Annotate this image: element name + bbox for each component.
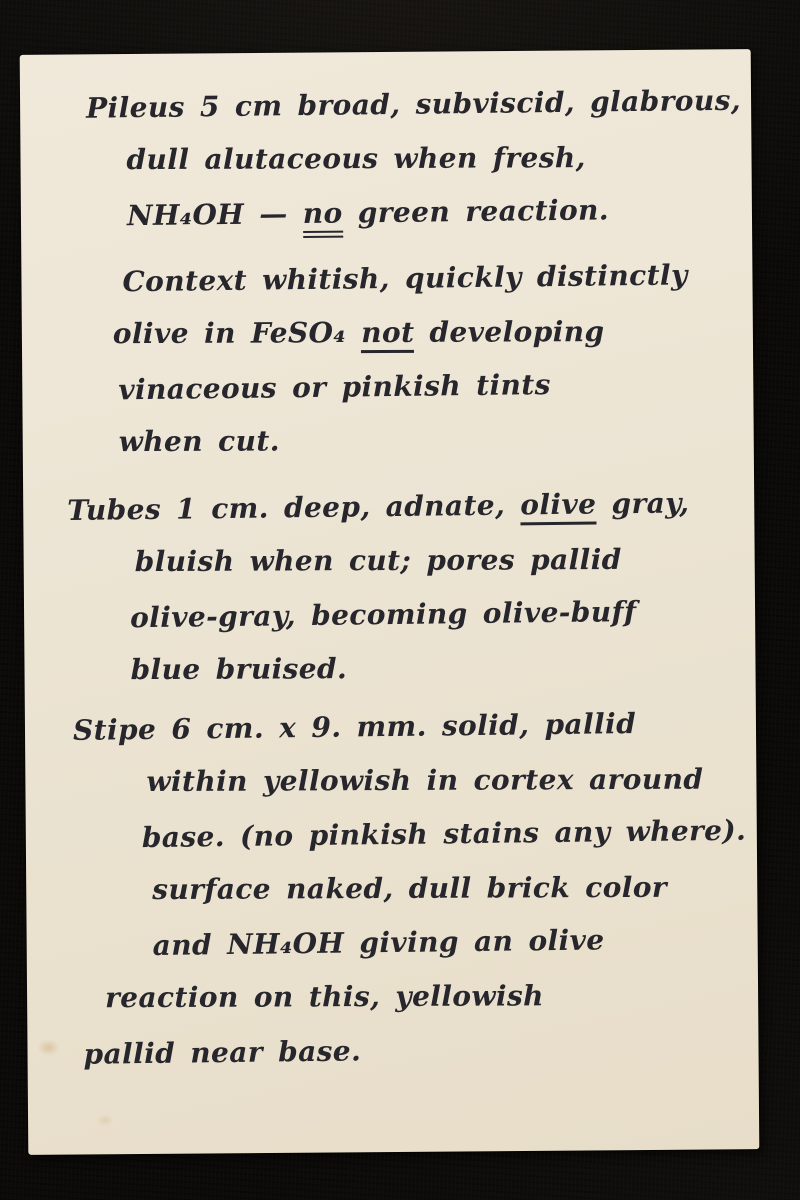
note-line: blue bruised.: [54, 640, 737, 697]
note-line: and NH₄OH giving an olive: [56, 912, 740, 974]
text-segment: Context whitish, quickly distinctly: [122, 258, 688, 298]
text-segment: and NH₄OH giving an olive: [152, 923, 604, 962]
note-card: Pileus 5 cm broad, subviscid, glabrous, …: [20, 49, 760, 1155]
text-segment: Tubes 1 cm. deep, adnate,: [67, 488, 520, 527]
text-segment: base. (no pinkish stains any where).: [142, 814, 747, 854]
note-line: base. (no pinkish stains any where).: [56, 804, 740, 866]
paragraph-stipe: Stipe 6 cm. x 9. mm. solid, pallid withi…: [55, 697, 741, 1080]
note-line: within yellowish in cortex around: [55, 752, 738, 809]
note-line: pallid near base.: [57, 1020, 741, 1082]
handwritten-text: Pileus 5 cm broad, subviscid, glabrous, …: [50, 75, 741, 1080]
text-segment: dull alutaceous when fresh,: [126, 141, 585, 176]
text-segment: within yellowish in cortex around: [146, 763, 703, 798]
paragraph-tubes: Tubes 1 cm. deep, adnate, olive gray, bl…: [53, 477, 738, 698]
text-segment: developing: [414, 315, 604, 349]
text-segment: olive in FeSO₄: [113, 316, 361, 350]
note-line: when cut.: [53, 412, 736, 469]
text-segment: Stipe 6 cm. x 9. mm. solid, pallid: [73, 707, 636, 747]
text-segment: NH₄OH —: [127, 197, 303, 232]
underlined-word: no: [303, 197, 343, 238]
note-line: bluish when cut; pores pallid: [54, 532, 737, 589]
text-segment: olive-gray, becoming olive-buff: [130, 595, 637, 634]
text-segment: bluish when cut; pores pallid: [135, 543, 622, 578]
stain-spot: [94, 1112, 116, 1128]
note-line: olive in FeSO₄ not developing: [52, 304, 735, 361]
text-segment: vinaceous or pinkish tints: [118, 368, 551, 406]
note-line: NH₄OH — no green reaction.: [51, 182, 735, 244]
text-segment: green reaction.: [342, 193, 609, 229]
text-segment: reaction on this, yellowish: [105, 979, 544, 1014]
text-segment: surface naked, dull brick color: [152, 871, 667, 906]
text-segment: when cut.: [119, 424, 280, 458]
note-line: Pileus 5 cm broad, subviscid, glabrous,: [50, 74, 734, 136]
note-line: dull alutaceous when fresh,: [50, 130, 733, 187]
note-line: surface naked, dull brick color: [56, 860, 739, 917]
paragraph-pileus: Pileus 5 cm broad, subviscid, glabrous, …: [50, 75, 734, 242]
note-line: Tubes 1 cm. deep, adnate, olive gray,: [53, 476, 737, 538]
note-line: Stipe 6 cm. x 9. mm. solid, pallid: [55, 696, 739, 758]
note-line: vinaceous or pinkish tints: [52, 356, 736, 418]
note-line: reaction on this, yellowish: [57, 968, 740, 1025]
note-line: Context whitish, quickly distinctly: [51, 248, 735, 310]
text-segment: Pileus 5 cm broad, subviscid, glabrous,: [86, 84, 741, 125]
text-segment: blue bruised.: [130, 652, 347, 686]
text-segment: pallid near base.: [83, 1034, 361, 1070]
note-line: olive-gray, becoming olive-buff: [54, 584, 738, 646]
text-segment: gray,: [596, 486, 689, 520]
paragraph-context: Context whitish, quickly distinctly oliv…: [51, 249, 736, 470]
underlined-word: olive: [520, 487, 596, 525]
underlined-word: not: [361, 316, 414, 353]
